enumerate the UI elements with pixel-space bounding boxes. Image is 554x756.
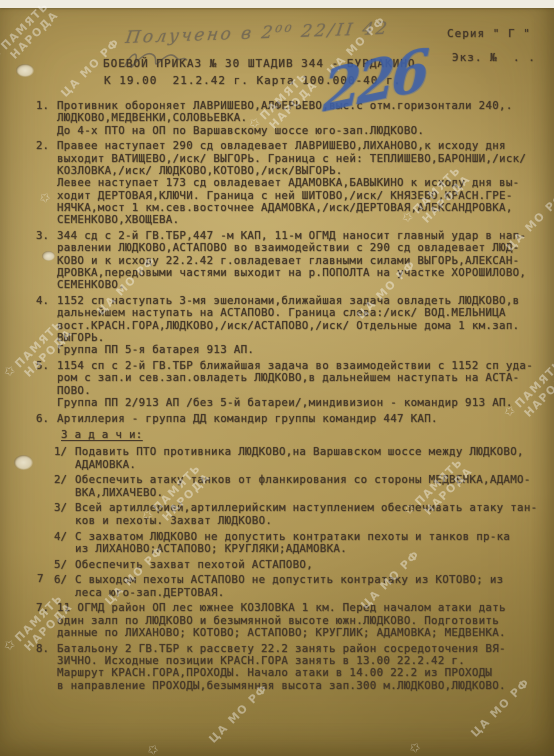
paragraph-line: дальнейшем наступать на АСТАПОВО. Границ…	[57, 307, 548, 319]
order-paragraph: 6.Артиллерия - группа ДД командир группы…	[36, 413, 548, 425]
paragraph-line: ЛЮДКОВО,МЕДВЕНКИ,СОЛОВЬЕВКА.	[57, 112, 548, 124]
star-watermark-icon: ✩	[146, 741, 163, 756]
order-paragraph: 3/Всей артиллерией,артиллерийским наступ…	[54, 502, 548, 527]
copy-number-label: Экз. № . .	[452, 51, 536, 64]
order-paragraph: 6/С выходом пехоты АСТАПОВО не допустить…	[54, 574, 548, 599]
tasks-heading: З а д а ч и:	[40, 429, 548, 441]
star-watermark-icon: ✩	[0, 45, 6, 62]
paragraph-line: леса юго-зап.ДЕРТОВАЯ.	[75, 587, 548, 599]
paragraph-number: 4/	[54, 531, 75, 556]
paragraph-line: Правее наступает 290 сд овладевает ЛАВРИ…	[57, 140, 548, 152]
paragraph-line: ром с зап.и сев.зап.овладеть ЛЮДКОВО,в д…	[57, 372, 548, 384]
paragraph-line: Обеспечить захват пехотой АСТАПОВО,	[75, 559, 548, 571]
paragraph-number: 2.	[36, 140, 57, 226]
order-paragraph: 2/Обеспечить атаку танков от фланкирован…	[54, 474, 548, 499]
paragraph-line: из ЛИХАНОВО;АСТАПОВО; КРУГЛЯКИ;АДАМОВКА.	[75, 543, 548, 555]
paragraph-line: С выходом пехоты АСТАПОВО не допустить к…	[75, 574, 548, 586]
star-watermark-icon: ✩	[2, 363, 19, 380]
received-note-text: Получено в 2⁰⁰ 22/II 42	[124, 19, 390, 48]
paragraph-line: З а д а ч и:	[61, 429, 548, 441]
paragraph-line: СЕМЕНКОВО.	[57, 279, 548, 291]
paragraph-line: До 4-х ПТО на ОП по Варшавскому шоссе юг…	[57, 125, 548, 137]
paper-hole	[14, 455, 33, 470]
order-paragraph: 3.344 сд с 2-й ГВ.ТБР,447 -м КАП, 11-м О…	[36, 230, 548, 291]
paragraph-line: Подавить ПТО противника ЛЮДКОВО,на Варша…	[75, 446, 548, 458]
order-paragraph: 4/С захватом ЛЮДКОВО не допустить контра…	[54, 531, 548, 556]
paper-hole	[16, 64, 34, 77]
paragraph-line: АДАМОВКА.	[75, 459, 548, 471]
paragraph-line: КОВО и к исходу 22.2.42 г.овладевает гла…	[57, 255, 548, 267]
paragraph-line: СЕМЕНКОВО,ХВОЩЕВА.	[57, 214, 548, 226]
watermark-text: ПАМЯТЬ НАРОДА	[0, 0, 62, 62]
paragraph-number: 6/	[54, 574, 75, 599]
paragraph-number: 1.	[36, 100, 57, 137]
paragraph-line: С захватом ЛЮДКОВО не допустить контрата…	[75, 531, 548, 543]
document-page: Получено в 2⁰⁰ 22/II 42 Серия " Г " Экз.…	[0, 0, 554, 756]
paragraph-line: равлении ЛЮДКОВО,АСТАПОВО во взаимодейст…	[57, 242, 548, 254]
paragraph-number: 1/	[54, 446, 75, 471]
paragraph-number: 5.	[36, 360, 57, 409]
paragraph-number: 3.	[36, 230, 57, 291]
star-watermark-icon: ✩	[2, 637, 19, 654]
paragraph-number: 4.	[36, 295, 57, 356]
paragraph-number: 5/	[54, 559, 75, 571]
order-paragraph: 1/Подавить ПТО противника ЛЮДКОВО,на Вар…	[54, 446, 548, 471]
paragraph-line: Артиллерия - группа ДД командир группы к…	[57, 413, 548, 425]
paragraph-line: Обеспечить атаку танков от фланкирования…	[75, 474, 548, 486]
order-paragraph: 5/Обеспечить захват пехотой АСТАПОВО,	[54, 559, 548, 571]
paragraph-line: Всей артиллерией,артиллерийским наступле…	[75, 502, 548, 514]
paragraph-number: 6.	[36, 413, 57, 425]
paragraph-number	[40, 429, 61, 441]
paragraph-line: данные по ЛИХАНОВО; КОТОВО; АСТАПОВО; КР…	[57, 627, 548, 639]
margin-mark: 7	[37, 572, 44, 585]
paragraph-line: ДРОВКА,передовыми частями выходит на р.П…	[57, 267, 548, 279]
paragraph-line: 11 ОГМД район ОП лес южнее КОЗЛОВКА 1 км…	[57, 602, 548, 614]
paragraph-line: Левее наступает 173 сд овладевает АДАМОВ…	[57, 177, 548, 189]
order-paragraph: 5.1154 сп с 2-й ГВ.ТБР ближайшая задача …	[36, 360, 548, 409]
order-paragraph: 4.1152 сп наступать 3-мя эшелонами,ближа…	[36, 295, 548, 356]
paragraph-line: ков и пехоты. Захват ЛЮДКОВО.	[75, 515, 548, 527]
order-paragraph: 8.Батальону 2 ГВ.ТБР к рассвету 22.2 зан…	[36, 643, 548, 692]
paragraph-number: 7.	[36, 602, 57, 639]
paragraph-line: Маршрут КРАСН.ГОРА,ПРОХОДЫ. Начало атаки…	[57, 667, 548, 679]
paragraph-number: 2/	[54, 474, 75, 499]
paragraph-line: Группа ПП 2/913 АП /без 5-й батареи/,мин…	[57, 397, 548, 409]
order-paragraph: 2.Правее наступает 290 сд овладевает ЛАВ…	[36, 140, 548, 226]
paragraph-line: ПОВО.	[57, 385, 548, 397]
paragraph-line: ВКА,ЛИХАЧЕВО.	[75, 487, 548, 499]
paragraph-line: в направление ПРОХОДЫ,безымянная высота …	[57, 680, 548, 692]
paragraph-line: вост.КРАСН.ГОРА,ЛЮДКОВО,/иск/АСТАПОВО,/и…	[57, 320, 548, 332]
paragraph-number: 8.	[36, 643, 57, 692]
paragraph-number: 3/	[54, 502, 75, 527]
order-paragraph: 1.Противник обороняет ЛАВРИШЕВО,АЛФЕРЬЕВ…	[36, 100, 548, 137]
order-body: 1.Противник обороняет ЛАВРИШЕВО,АЛФЕРЬЕВ…	[36, 100, 548, 696]
series-label: Серия " Г "	[447, 27, 531, 40]
star-watermark-icon: ✩	[408, 739, 425, 756]
order-paragraph: 7.11 ОГМД район ОП лес южнее КОЗЛОВКА 1 …	[36, 602, 548, 639]
pamyat-naroda-watermark: ✩ПАМЯТЬ НАРОДА	[0, 0, 62, 72]
paragraph-line: Группа ПП 5-я батарея 913 АП.	[57, 344, 548, 356]
